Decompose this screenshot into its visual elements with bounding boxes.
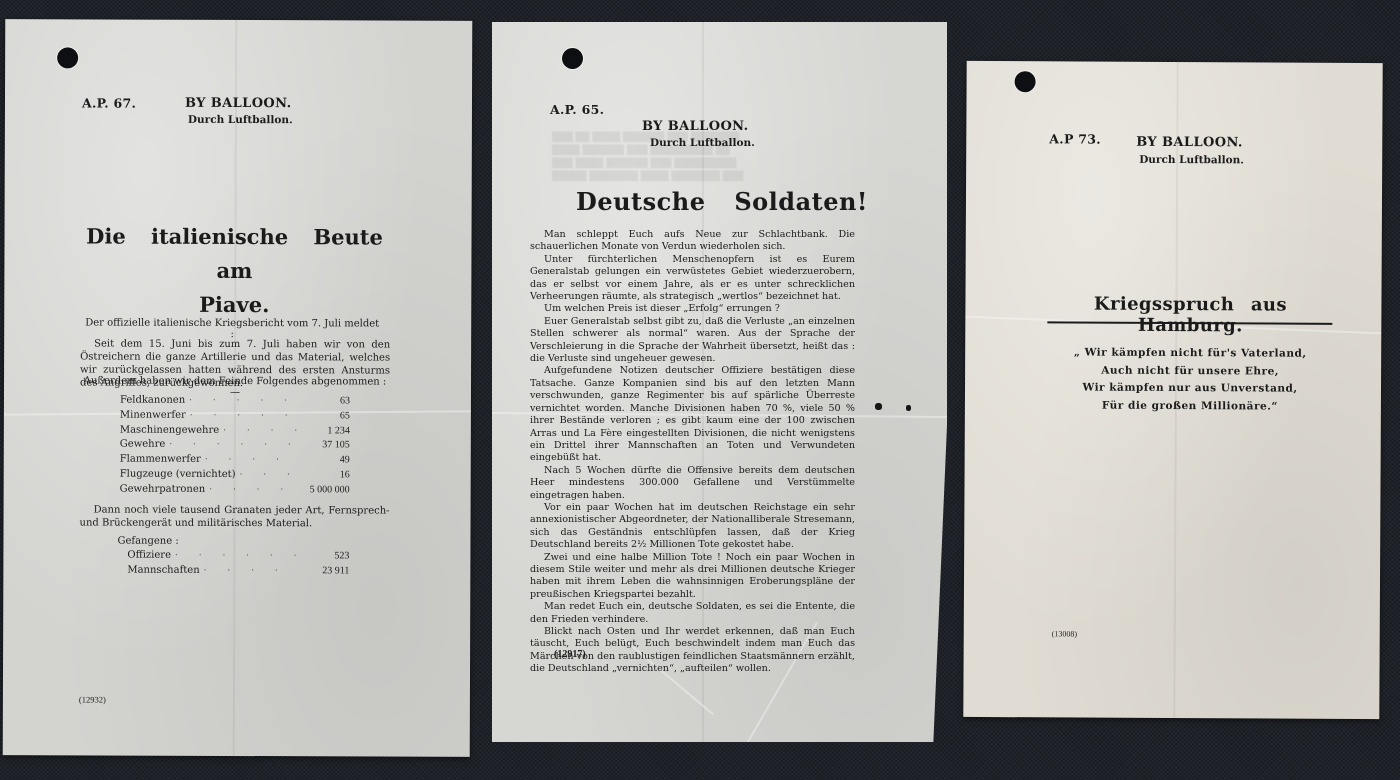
row-label: Offiziere xyxy=(127,550,171,561)
table-row: Minenwerfer· · · · · · · · ·65 xyxy=(120,409,350,425)
table-row: Gewehre· · · · · · · · ·37 105 xyxy=(120,439,350,455)
durch-luftballon-label: Durch Luftballon. xyxy=(1139,154,1244,167)
table-row: Feldkanonen· · · · · · · · ·63 xyxy=(120,395,350,411)
ink-stain xyxy=(906,405,911,411)
table-row: Offiziere· · · · · · · · ·523 xyxy=(127,550,349,566)
row-value: 65 xyxy=(300,410,350,421)
poem-line: Auch nicht für unsere Ehre, xyxy=(1045,362,1335,381)
leaflet-code: A.P. 67. xyxy=(82,95,136,110)
row-value: 1 234 xyxy=(300,425,350,436)
leaflet-ap67: A.P. 67. BY BALLOON. Durch Luftballon. D… xyxy=(3,19,473,757)
row-label: Gewehrpatronen xyxy=(120,483,206,494)
body-paragraph: Aufgefundene Notizen deutscher Offiziere… xyxy=(530,365,855,464)
row-value: 37 105 xyxy=(300,440,350,451)
row-label: Flugzeuge (vernichtet) xyxy=(120,469,236,480)
leader-dots: · · · · · · · · · xyxy=(200,566,300,576)
leader-dots: · · · · · · · · · xyxy=(205,485,299,495)
body-paragraph: Um welchen Preis ist dieser „Erfolg“ err… xyxy=(530,303,855,315)
punch-hole xyxy=(1015,71,1036,92)
leaflet-title: Kriegsspruch aus Hamburg. xyxy=(1045,293,1335,337)
leaflet-ap65: ▒▒▒ ▒▒ ▒▒▒▒ ▒▒▒▒▒▒ ▒▒▒ ▒▒▒▒▒▒▒▒▒▒▒ ▒▒▒▒▒… xyxy=(492,22,947,742)
punch-hole xyxy=(57,47,78,68)
body-paragraph: Euer Generalstab selbst gibt zu, daß die… xyxy=(530,316,855,366)
leaflet-code: A.P. 65. xyxy=(550,102,604,117)
row-label: Feldkanonen xyxy=(120,395,185,406)
leader-dots: · · · · · · · · · xyxy=(185,396,300,406)
poem-line: Wir kämpfen nur aus Unverstand, xyxy=(1045,379,1335,398)
poem-line: Für die großen Millionäre.“ xyxy=(1045,397,1335,416)
row-label: Flammenwerfer xyxy=(120,454,201,465)
serial-number: (12932) xyxy=(79,694,106,704)
body-paragraph: Zwei und eine halbe Million Tote ! Noch … xyxy=(530,552,855,602)
title-line: Die italienische Beute am xyxy=(74,219,394,288)
row-value: 16 xyxy=(300,469,350,480)
leaflet-title: Deutsche Soldaten! xyxy=(532,187,912,216)
leaflet-ap73: A.P 73. BY BALLOON. Durch Luftballon. Kr… xyxy=(963,61,1382,719)
durch-luftballon-label: Durch Luftballon. xyxy=(650,137,755,149)
by-balloon-label: BY BALLOON. xyxy=(185,96,292,111)
leaflet-title: Die italienische Beute am Piave. xyxy=(74,219,394,322)
prisoners-heading: Gefangene : xyxy=(117,536,178,547)
row-value: 23 911 xyxy=(299,565,349,576)
body-paragraph: Dann noch viele tausend Granaten jeder A… xyxy=(80,503,390,530)
row-value: 523 xyxy=(299,550,349,561)
leaflet-code: A.P 73. xyxy=(1049,131,1101,146)
row-value: 5 000 000 xyxy=(300,484,350,495)
leader-dots: · · · · · · · · · xyxy=(171,551,299,561)
body-paragraph: Man redet Euch ein, deutsche Soldaten, e… xyxy=(530,601,855,626)
poem: „ Wir kämpfen nicht für's Vaterland,Auch… xyxy=(1045,344,1335,416)
leader-dots: · · · · · · · · · xyxy=(236,470,300,480)
body-paragraph: Vor ein paar Wochen hat im deutschen Rei… xyxy=(530,502,855,552)
prisoners-table: Offiziere· · · · · · · · ·523Mannschafte… xyxy=(127,550,349,580)
serial-number: (13008) xyxy=(1052,629,1077,638)
body-paragraph: Man schleppt Euch aufs Neue zur Schlacht… xyxy=(530,229,855,254)
by-balloon-label: BY BALLOON. xyxy=(1136,135,1243,151)
ink-stain xyxy=(875,403,882,410)
row-label: Minenwerfer xyxy=(120,409,186,420)
booty-table: Feldkanonen· · · · · · · · ·63Minenwerfe… xyxy=(120,395,350,499)
table-row: Gewehrpatronen· · · · · · · · ·5 000 000 xyxy=(120,483,350,499)
by-balloon-label: BY BALLOON. xyxy=(642,119,749,134)
row-label: Maschinengewehre xyxy=(120,424,219,435)
leader-dots: · · · · · · · · · xyxy=(186,411,300,421)
durch-luftballon-label: Durch Luftballon. xyxy=(188,114,293,126)
row-value: 63 xyxy=(300,395,350,406)
body-paragraph: Nach 5 Wochen dürfte die Offensive berei… xyxy=(530,465,855,502)
poem-line: „ Wir kämpfen nicht für's Vaterland, xyxy=(1045,344,1335,363)
serial-number: (12917) xyxy=(554,649,586,660)
leaflet-body: Man schleppt Euch aufs Neue zur Schlacht… xyxy=(530,229,855,676)
punch-hole xyxy=(562,48,583,69)
table-row: Flammenwerfer· · · · · · · · ·49 xyxy=(120,454,350,470)
leader-dots: · · · · · · · · · xyxy=(201,455,300,465)
body-paragraph: Unter fürchterlichen Menschenopfern ist … xyxy=(530,254,855,304)
leader-dots: · · · · · · · · · xyxy=(165,440,300,450)
row-label: Mannschaften xyxy=(127,564,199,575)
row-value: 49 xyxy=(300,454,350,465)
table-row: Mannschaften· · · · · · · · ·23 911 xyxy=(127,564,349,580)
leader-dots: · · · · · · · · · xyxy=(219,426,300,436)
table-row: Flugzeuge (vernichtet)· · · · · · · · ·1… xyxy=(120,469,350,485)
table-row: Maschinengewehre· · · · · · · · ·1 234 xyxy=(120,424,350,440)
row-label: Gewehre xyxy=(120,439,166,450)
